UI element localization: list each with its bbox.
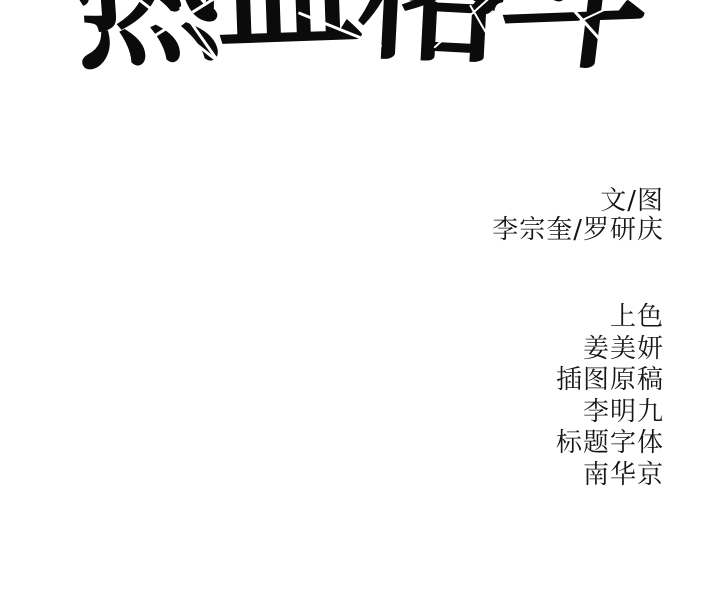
staff-name-illustration: 李明九 (556, 397, 664, 429)
author-credits-block: 文/图 李宗奎/罗研庆 (492, 187, 664, 245)
staff-credits-block: 上色 姜美妍 插图原稿 李明九 标题字体 南华京 (556, 302, 664, 491)
title-char-3: 格 (354, 0, 505, 74)
title-char-1: 热 (67, 0, 220, 80)
staff-name-title-lettering: 南华京 (556, 460, 664, 492)
title-calligraphy: 热血格斗 (72, 0, 644, 72)
comic-credits-page: 热血格斗 文/图 李宗奎/罗研庆 上色 姜美妍 插图原稿 李明九 标题字体 南华… (0, 0, 720, 589)
title-char-4: 斗 (493, 0, 653, 83)
staff-role-title-lettering: 标题字体 (556, 428, 664, 460)
staff-role-illustration: 插图原稿 (556, 365, 664, 397)
staff-name-coloring: 姜美妍 (556, 334, 664, 366)
title-char-2: 血 (212, 0, 360, 61)
staff-role-coloring: 上色 (556, 302, 664, 334)
author-names: 李宗奎/罗研庆 (492, 216, 664, 245)
author-role-label: 文/图 (492, 187, 664, 216)
